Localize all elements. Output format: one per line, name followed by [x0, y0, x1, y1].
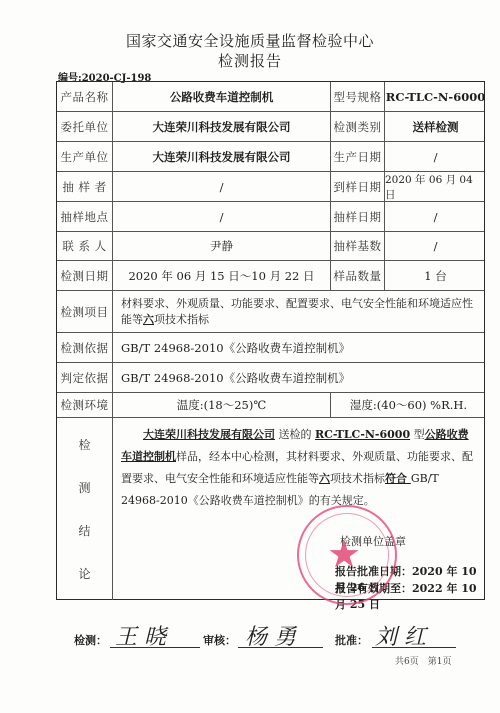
- conclusion-body: 大连荣川科技发展有限公司 送检的 RC-TLC-N-6000 型公路收费车道控制…: [112, 418, 484, 600]
- sample-qty-value: 1 台: [384, 261, 486, 290]
- sampling-place-value: /: [112, 202, 330, 231]
- approver-sign-line: [372, 647, 456, 648]
- tester-sign-line: [110, 647, 200, 648]
- conclusion-company: 大连荣川科技发展有限公司: [143, 428, 275, 441]
- test-basis-value: GB/T 24968-2010《公路收费车道控制机》: [112, 333, 486, 362]
- report-table: 产品名称 公路收费车道控制机 型号规格 RC-TLC-N-6000 委托单位 大…: [56, 81, 485, 600]
- table-row: 抽 样 者 / 到样日期 2020 年 06 月 04 日: [57, 172, 484, 202]
- conclusion-model: RC-TLC-N-6000: [315, 428, 410, 441]
- conclusion-text-part: 送检的: [275, 428, 315, 441]
- manufacturer-value: 大连荣川科技发展有限公司: [112, 142, 330, 171]
- conclusion-label-char: 结: [78, 522, 90, 539]
- conclusion-label: 检 测 结 论: [57, 418, 112, 600]
- arrival-date-label: 到样日期: [330, 172, 384, 201]
- contact-value: 尹静: [112, 232, 330, 260]
- conclusion-text-part: 项技术指标: [330, 472, 385, 485]
- table-row: 判定依据 GB/T 24968-2010《公路收费车道控制机》: [57, 363, 484, 393]
- test-basis-label: 检测依据: [57, 333, 112, 362]
- sampling-base-value: /: [384, 232, 486, 260]
- environment-label: 检测环境: [57, 393, 112, 417]
- arrival-date-value: 2020 年 06 月 04 日: [384, 172, 486, 201]
- sampling-base-label: 抽样基数: [330, 232, 384, 260]
- reviewer-label: 审核：: [203, 632, 236, 648]
- client-value: 大连荣川科技发展有限公司: [112, 112, 330, 141]
- humidity-value: 湿度:(40～60) %R.H.: [330, 393, 486, 417]
- table-row: 抽样地点 / 抽样日期 /: [57, 202, 484, 232]
- manufacturer-label: 生产单位: [57, 142, 112, 171]
- conclusion-text: 大连荣川科技发展有限公司 送检的 RC-TLC-N-6000 型公路收费车道控制…: [121, 424, 476, 512]
- doc-title: 检测报告: [0, 50, 500, 71]
- sampling-place-label: 抽样地点: [57, 202, 112, 231]
- production-date-value: /: [384, 142, 486, 171]
- table-row: 检测依据 GB/T 24968-2010《公路收费车道控制机》: [57, 333, 484, 363]
- table-row: 产品名称 公路收费车道控制机 型号规格 RC-TLC-N-6000: [57, 82, 484, 112]
- tester-label: 检测：: [74, 632, 107, 648]
- conclusion-section: 检 测 结 论 大连荣川科技发展有限公司 送检的 RC-TLC-N-6000 型…: [57, 418, 484, 600]
- table-row: 生产单位 大连荣川科技发展有限公司 生产日期 /: [57, 142, 484, 172]
- org-title: 国家交通安全设施质量监督检验中心: [0, 30, 500, 51]
- model-value: RC-TLC-N-6000: [384, 82, 486, 111]
- test-items-value: 材料要求、外观质量、功能要求、配置要求、电气安全性能和环境适应性能等六项技术指标: [112, 291, 486, 332]
- conclusion-label-char: 论: [78, 565, 90, 582]
- test-date-value: 2020 年 06 月 15 日～10 月 22 日: [112, 261, 330, 290]
- sample-qty-label: 样品数量: [330, 261, 384, 290]
- table-row: 检测环境 温度:(18～25)℃ 湿度:(40～60) %R.H.: [57, 393, 484, 418]
- reviewer-sign-line: [238, 647, 323, 648]
- test-type-label: 检测类别: [330, 112, 384, 141]
- signature-row: 检测： 王 晓 审核： 杨 勇 批准： 刘 红: [0, 620, 500, 650]
- conclusion-label-char: 测: [78, 479, 90, 496]
- judge-basis-value: GB/T 24968-2010《公路收费车道控制机》: [112, 363, 486, 392]
- product-name-value: 公路收费车道控制机: [112, 82, 330, 111]
- test-type-value: 送样检测: [384, 112, 486, 141]
- table-row: 检测日期 2020 年 06 月 15 日～10 月 22 日 样品数量 1 台: [57, 261, 484, 291]
- conclusion-text-part: 型: [410, 428, 425, 441]
- table-row: 检测项目 材料要求、外观质量、功能要求、配置要求、电气安全性能和环境适应性能等六…: [57, 291, 484, 333]
- client-label: 委托单位: [57, 112, 112, 141]
- test-items-suffix: 项技术指标: [154, 313, 209, 326]
- sampler-label: 抽 样 者: [57, 172, 112, 201]
- table-row: 委托单位 大连荣川科技发展有限公司 检测类别 送样检测: [57, 112, 484, 142]
- temperature-value: 温度:(18～25)℃: [112, 393, 330, 417]
- model-label: 型号规格: [330, 82, 384, 111]
- conclusion-six: 六: [319, 472, 330, 485]
- sampling-date-label: 抽样日期: [330, 202, 384, 231]
- judge-basis-label: 判定依据: [57, 363, 112, 392]
- page-number: 共6页 第1页: [395, 654, 451, 667]
- product-name-label: 产品名称: [57, 82, 112, 111]
- table-row: 联 系 人 尹静 抽样基数 /: [57, 232, 484, 261]
- sampler-value: /: [112, 172, 330, 201]
- test-items-label: 检测项目: [57, 291, 112, 332]
- approver-label: 批准：: [335, 632, 368, 648]
- production-date-label: 生产日期: [330, 142, 384, 171]
- six-count: 六: [143, 313, 154, 326]
- test-date-label: 检测日期: [57, 261, 112, 290]
- contact-label: 联 系 人: [57, 232, 112, 260]
- star-icon: ★: [327, 535, 361, 573]
- official-seal-stamp: ★: [297, 505, 397, 605]
- conclusion-conform: 符合: [385, 472, 411, 485]
- conclusion-label-char: 检: [78, 436, 90, 453]
- sampling-date-value: /: [384, 202, 486, 231]
